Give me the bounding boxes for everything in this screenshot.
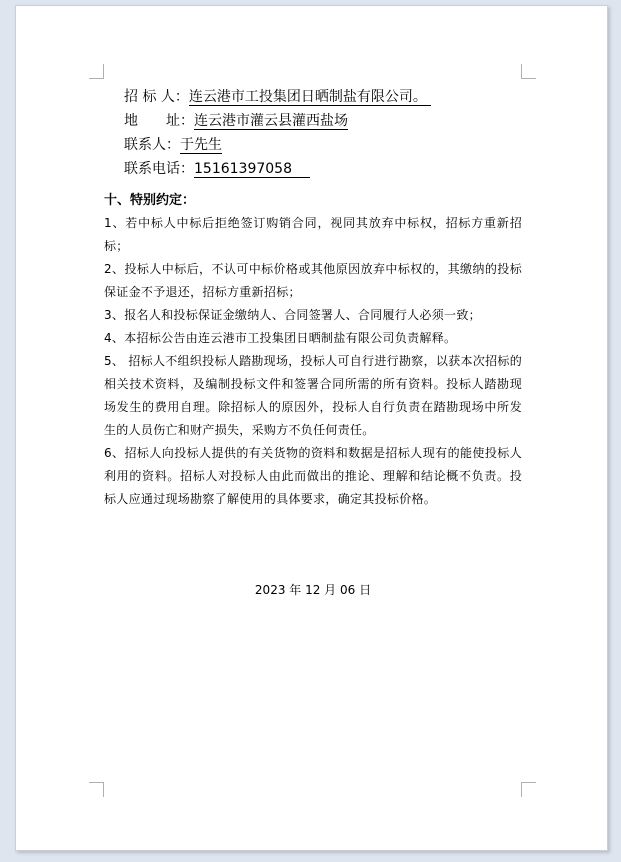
- contact-phone-line: 联系电话：15161397058: [124, 157, 522, 181]
- contact-phone-value: 15161397058: [194, 161, 310, 178]
- bidder-label: 招 标 人：: [124, 89, 189, 105]
- document-canvas: 招 标 人：连云港市工投集团日晒制盐有限公司。 地 址：连云港市灌云县灌西盐场 …: [0, 0, 621, 862]
- margin-crop-mark-top-left: [89, 64, 104, 79]
- contact-person-label: 联系人：: [124, 137, 180, 153]
- contact-block: 招 标 人：连云港市工投集团日晒制盐有限公司。 地 址：连云港市灌云县灌西盐场 …: [124, 85, 522, 181]
- clause-2: 2、投标人中标后，不认可中标价格或其他原因放弃中标权的，其缴纳的投标保证金不予退…: [104, 258, 522, 304]
- bidder-value: 连云港市工投集团日晒制盐有限公司。: [189, 89, 431, 106]
- contact-phone-label: 联系电话：: [124, 161, 194, 177]
- clause-1: 1、若中标人中标后拒绝签订购销合同，视同其放弃中标权，招标方重新招标；: [104, 212, 522, 258]
- clause-6: 6、招标人向投标人提供的有关货物的资料和数据是招标人现有的能使投标人利用的资料。…: [104, 442, 522, 511]
- document-page: 招 标 人：连云港市工投集团日晒制盐有限公司。 地 址：连云港市灌云县灌西盐场 …: [15, 5, 608, 851]
- clause-5: 5、 招标人不组织投标人踏勘现场，投标人可自行进行勘察，以获本次招标的相关技术资…: [104, 350, 522, 442]
- document-date: 2023 年 12 月 06 日: [104, 579, 522, 602]
- margin-crop-mark-bottom-left: [89, 782, 104, 797]
- margin-crop-mark-top-right: [521, 64, 536, 79]
- address-label: 地 址：: [124, 113, 194, 129]
- clause-3: 3、报名人和投标保证金缴纳人、合同签署人、合同履行人必须一致；: [104, 304, 522, 327]
- contact-person-value: 于先生: [180, 137, 222, 154]
- address-value: 连云港市灌云县灌西盐场: [194, 113, 348, 130]
- clause-4: 4、本招标公告由连云港市工投集团日晒制盐有限公司负责解释。: [104, 327, 522, 350]
- page-text-area: 招 标 人：连云港市工投集团日晒制盐有限公司。 地 址：连云港市灌云县灌西盐场 …: [104, 79, 522, 602]
- address-line: 地 址：连云港市灌云县灌西盐场: [124, 109, 522, 133]
- contact-person-line: 联系人：于先生: [124, 133, 522, 157]
- margin-crop-mark-bottom-right: [521, 782, 536, 797]
- bidder-line: 招 标 人：连云港市工投集团日晒制盐有限公司。: [124, 85, 522, 109]
- section-heading-special-terms: 十、特别约定：: [104, 189, 522, 212]
